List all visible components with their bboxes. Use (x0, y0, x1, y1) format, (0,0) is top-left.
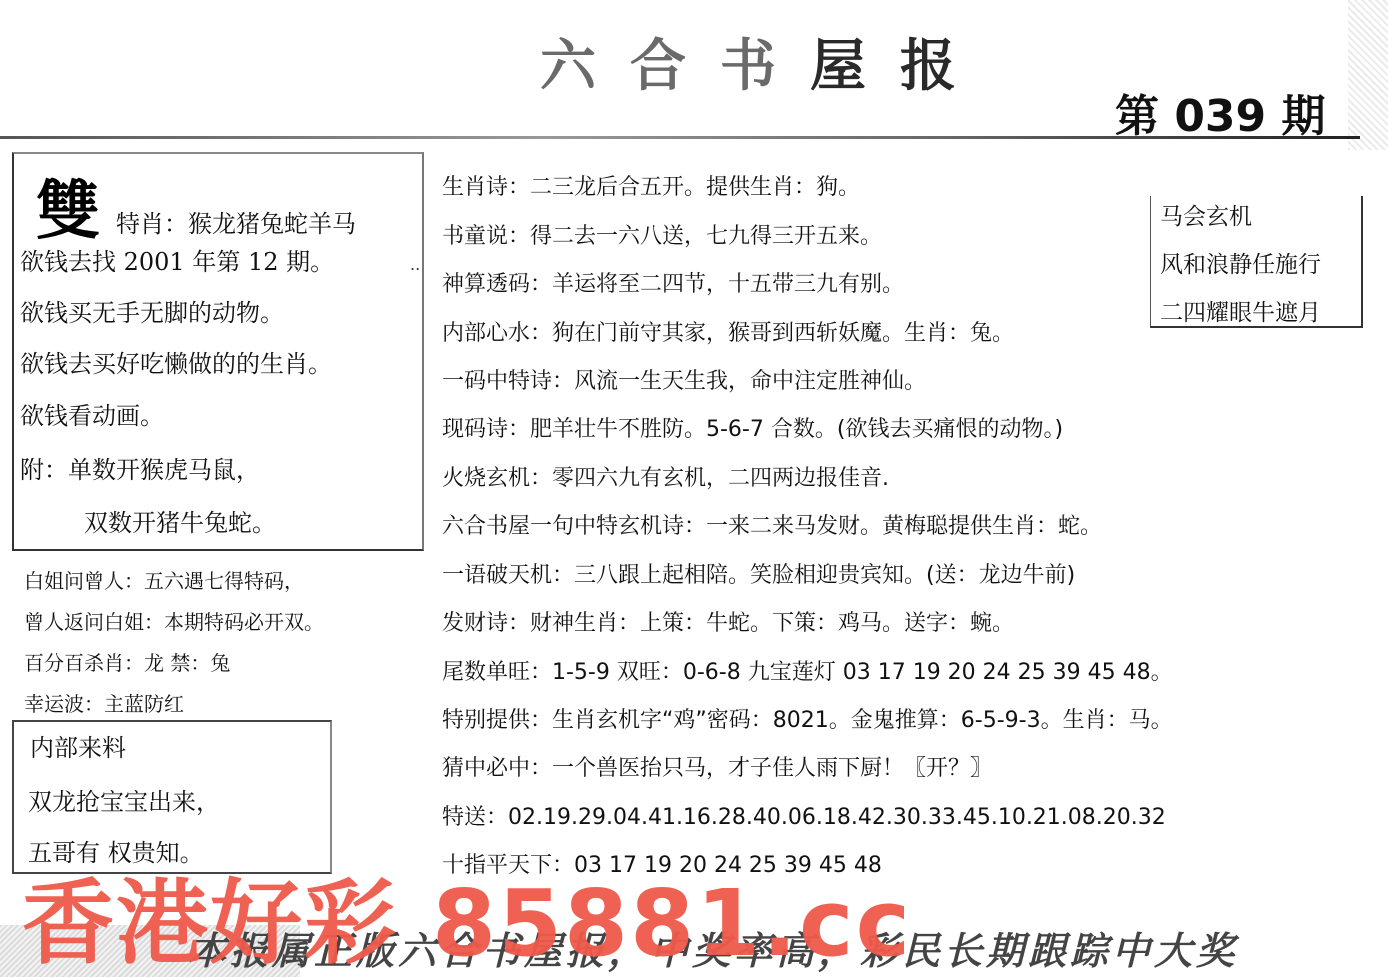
special-zodiac: 特肖：猴龙猪兔蛇羊马 (116, 204, 356, 239)
masthead-light: 六合书 (540, 34, 810, 99)
newspaper-masthead: 六合书屋报 (540, 22, 990, 102)
riddle-line: 附：单数开猴虎马鼠， (20, 450, 260, 485)
main-line: 神算透码：羊运将至二四节，十五带三九有别。 (442, 267, 904, 298)
site-watermark: 香港好彩 85881.cc (22, 850, 912, 977)
main-line: 一语破天机：三八跟上起相陪。笑脸相迎贵宾知。(送：龙边牛前) (442, 558, 1075, 589)
main-line: 生肖诗：二三龙后合五开。提供生肖：狗。 (442, 170, 860, 201)
dots-mark: .. (410, 255, 420, 274)
riddle-line: 欲钱看动画。 (20, 396, 164, 431)
main-line: 尾数单旺：1-5-9 双旺：0-6-8 九宝莲灯 03 17 19 20 24 … (442, 655, 1173, 686)
main-line: 火烧玄机：零四六九有玄机，二四两边报佳音. (442, 461, 889, 492)
tip-line: 曾人返问白姐：本期特码必开双。 (24, 606, 324, 635)
main-line: 特别提供：生肖玄机字“鸡”密码：8021。金鬼推算：6-5-9-3。生肖：马。 (442, 703, 1173, 734)
main-line: 猜中必中：一个兽医抬只马，才子佳人雨下厨！〖开？〗 (442, 751, 992, 782)
horse-club-line: 风和浪静任施行 (1160, 246, 1321, 279)
riddle-line: 欲钱去买好吃懒做的的生肖。 (20, 344, 332, 379)
main-line: 特送：02.19.29.04.41.16.28.40.06.18.42.30.3… (442, 800, 1166, 831)
riddle-line: 双数开猪牛兔蛇。 (84, 503, 276, 538)
riddle-line: 欲钱买无手无脚的动物。 (20, 293, 284, 328)
main-line: 书童说：得二去一六八送，七九得三开五来。 (442, 219, 882, 250)
main-line: 发财诗：财神生肖：上策：牛蛇。下策：鸡马。送字：蜿。 (442, 606, 1014, 637)
tip-line: 白姐问曾人：五六遇七得特码， (24, 565, 304, 594)
double-character: 雙 (36, 160, 100, 252)
issue-number: 第 039 期 (1115, 80, 1325, 144)
main-line: 六合书屋一句中特玄机诗：一来二来马发财。黄梅聪提供生肖：蛇。 (442, 509, 1102, 540)
main-line: 一码中特诗：风流一生天生我，命中注定胜神仙。 (442, 364, 926, 395)
horse-club-line: 二四耀眼牛遮月 (1160, 294, 1321, 327)
inside-info-line: 双龙抢宝宝出来， (28, 782, 220, 817)
main-line: 内部心水：狗在门前守其家，猴哥到西斩妖魔。生肖：兔。 (442, 316, 1014, 347)
header-divider (0, 136, 1360, 139)
horse-club-title: 马会玄机 (1160, 198, 1252, 231)
tip-line: 幸运波：主蓝防红 (24, 688, 184, 717)
masthead-dark: 屋报 (810, 34, 990, 99)
tip-line: 百分百杀肖：龙 禁：兔 (24, 647, 230, 676)
main-line: 现码诗：肥羊壮牛不胜防。5-6-7 合数。(欲钱去买痛恨的动物。) (442, 412, 1063, 443)
riddle-line: 欲钱去找 2001 年第 12 期。 (20, 242, 334, 277)
inside-info-title: 内部来料 (30, 728, 126, 763)
scan-noise (1348, 0, 1388, 150)
